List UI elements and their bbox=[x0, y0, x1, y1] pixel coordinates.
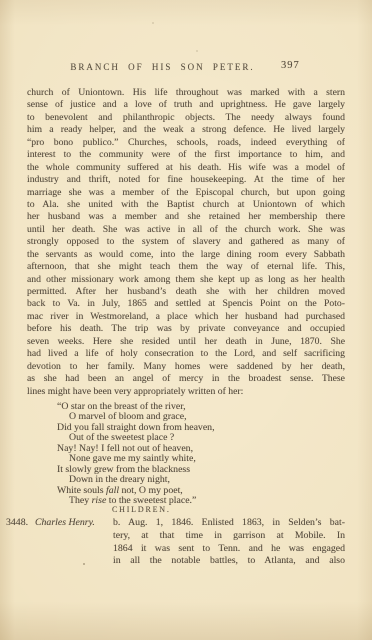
text-line: in all the notable battles, to Atlanta, … bbox=[113, 555, 345, 568]
text-line: church of Uniontown. His life throughout… bbox=[27, 87, 345, 99]
page-number: 397 bbox=[281, 60, 300, 71]
entry-description: b. Aug. 1, 1846. Enlisted 1863, in Selde… bbox=[113, 517, 345, 568]
running-header-title: BRANCH OF HIS SON PETER. bbox=[70, 62, 254, 72]
text-line: tery, at that time in garrison at Mobile… bbox=[113, 530, 345, 543]
text-line: before his death. The trip was by privat… bbox=[27, 323, 345, 335]
scan-speck bbox=[286, 561, 288, 563]
text-line: and other missionary work among them she… bbox=[27, 274, 345, 286]
text-line: mac river in Westmoreland, a place which… bbox=[27, 311, 345, 323]
children-heading: CHILDREN. bbox=[112, 505, 171, 514]
text-line: her husband was a member and she retaine… bbox=[27, 211, 345, 223]
text-line: lines might have been very appropriately… bbox=[27, 386, 345, 398]
child-entry: 3448. Charles Henry. b. Aug. 1, 1846. En… bbox=[6, 517, 345, 568]
text-line: back to Va. in July, 1865 and settled at… bbox=[27, 298, 345, 310]
text-line: b. Aug. 1, 1846. Enlisted 1863, in Selde… bbox=[113, 517, 345, 530]
text-line: marriage she was a member of the Episcop… bbox=[27, 187, 345, 199]
book-page: BRANCH OF HIS SON PETER. 397 church of U… bbox=[0, 0, 372, 640]
poem: “O star on the breast of the river,O mar… bbox=[57, 402, 215, 507]
text-line: had lived a life of holy consecration to… bbox=[27, 348, 345, 360]
text-line: seven weeks. Here she resided until her … bbox=[27, 336, 345, 348]
text-line: “pro bono publico.” Churches, schools, r… bbox=[27, 137, 345, 149]
text-line: interest to the community were of the fi… bbox=[27, 149, 345, 161]
text-line: him a ready helper, and the weak a stron… bbox=[27, 124, 345, 136]
text-line: 1864 it was sent to Tenn. and he was eng… bbox=[113, 543, 345, 556]
text-line: the whole community suffered at his deat… bbox=[27, 162, 345, 174]
entry-name: Charles Henry. bbox=[35, 517, 95, 530]
text-line: afternoon, that she might teach them the… bbox=[27, 261, 345, 273]
running-header: BRANCH OF HIS SON PETER. bbox=[20, 62, 305, 72]
text-line: to Ala. she united with the Baptist chur… bbox=[27, 199, 345, 211]
text-line: to benevolent and philanthropic objects.… bbox=[27, 112, 345, 124]
scan-speck bbox=[83, 563, 85, 565]
text-line: as she had been an angel of mercy in the… bbox=[27, 373, 345, 385]
text-line: until her death. She was active in all o… bbox=[27, 224, 345, 236]
text-line: permitted. After her husband’s death she… bbox=[27, 286, 345, 298]
text-line: sense of justice and a love of truth and… bbox=[27, 99, 345, 111]
scan-speck bbox=[152, 22, 154, 24]
text-line: industry and thrift, noted for fine hous… bbox=[27, 174, 345, 186]
entry-number: 3448. bbox=[6, 517, 28, 530]
text-line: devotion to her family. Many homes were … bbox=[27, 361, 345, 373]
text-line: strongly opposed to the system of slaver… bbox=[27, 236, 345, 248]
scan-speck bbox=[196, 50, 198, 52]
body-text: church of Uniontown. His life throughout… bbox=[27, 87, 345, 398]
text-line: the servants as would come, into the lar… bbox=[27, 249, 345, 261]
